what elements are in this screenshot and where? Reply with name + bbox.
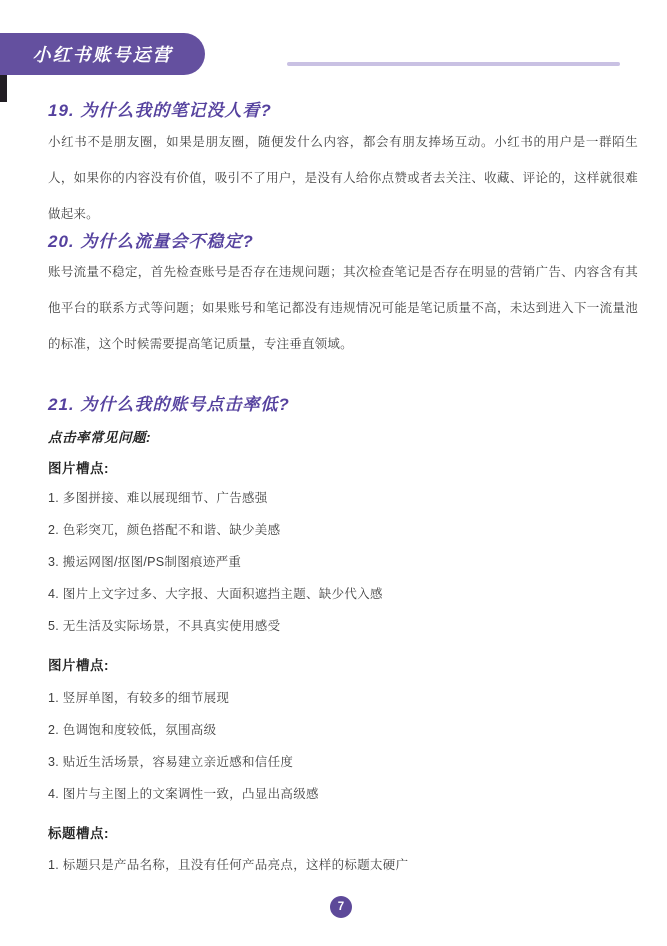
group-title-image-flaws: 图片槽点:: [48, 460, 638, 478]
list-item: 3. 搬运网图/抠图/PS制图痕迹严重: [48, 546, 638, 578]
image-flaws-list: 1. 多图拼接、难以展现细节、广告感强 2. 色彩突兀，颜色搭配不和谐、缺少美感…: [48, 482, 638, 642]
question-heading-20: 20. 为什么流量会不稳定?: [48, 231, 638, 253]
page-number-badge: 7: [330, 896, 352, 918]
group-title-title-flaws: 标题槽点:: [48, 825, 638, 843]
list-item: 5. 无生活及实际场景，不具真实使用感受: [48, 610, 638, 642]
list-item: 2. 色彩突兀，颜色搭配不和谐、缺少美感: [48, 514, 638, 546]
list-item: 3. 贴近生活场景，容易建立亲近感和信任度: [48, 746, 638, 778]
list-item: 4. 图片上文字过多、大字报、大面积遮挡主题、缺少代入感: [48, 578, 638, 610]
list-item: 1. 多图拼接、难以展现细节、广告感强: [48, 482, 638, 514]
chapter-badge: 小红书账号运营: [0, 33, 205, 75]
list-item: 1. 竖屏单图，有较多的细节展现: [48, 682, 638, 714]
list-item: 4. 图片与主图上的文案调性一致，凸显出高级感: [48, 778, 638, 810]
image-tips-list: 1. 竖屏单图，有较多的细节展现 2. 色调饱和度较低，氛围高级 3. 贴近生活…: [48, 682, 638, 810]
question-heading-19: 19. 为什么我的笔记没人看?: [48, 100, 638, 122]
header-divider-line: [287, 62, 620, 66]
group-title-image-tips: 图片槽点:: [48, 657, 638, 675]
answer-paragraph-19: 小红书不是朋友圈，如果是朋友圈，随便发什么内容，都会有朋友捧场互动。小红书的用户…: [48, 124, 638, 232]
chapter-badge-label: 小红书账号运营: [33, 41, 173, 67]
title-flaws-list: 1. 标题只是产品名称，且没有任何产品亮点，这样的标题太硬广: [48, 849, 638, 881]
page-number: 7: [338, 901, 344, 913]
list-item: 1. 标题只是产品名称，且没有任何产品亮点，这样的标题太硬广: [48, 849, 638, 881]
page-edge-tab: [0, 75, 7, 102]
document-page: 小红书账号运营 19. 为什么我的笔记没人看? 小红书不是朋友圈，如果是朋友圈，…: [0, 0, 667, 946]
subheading-click-rate-issues: 点击率常见问题:: [48, 429, 638, 447]
list-item: 2. 色调饱和度较低，氛围高级: [48, 714, 638, 746]
question-heading-21: 21. 为什么我的账号点击率低?: [48, 394, 638, 416]
answer-paragraph-20: 账号流量不稳定，首先检查账号是否存在违规问题；其次检查笔记是否存在明显的营销广告…: [48, 254, 638, 362]
